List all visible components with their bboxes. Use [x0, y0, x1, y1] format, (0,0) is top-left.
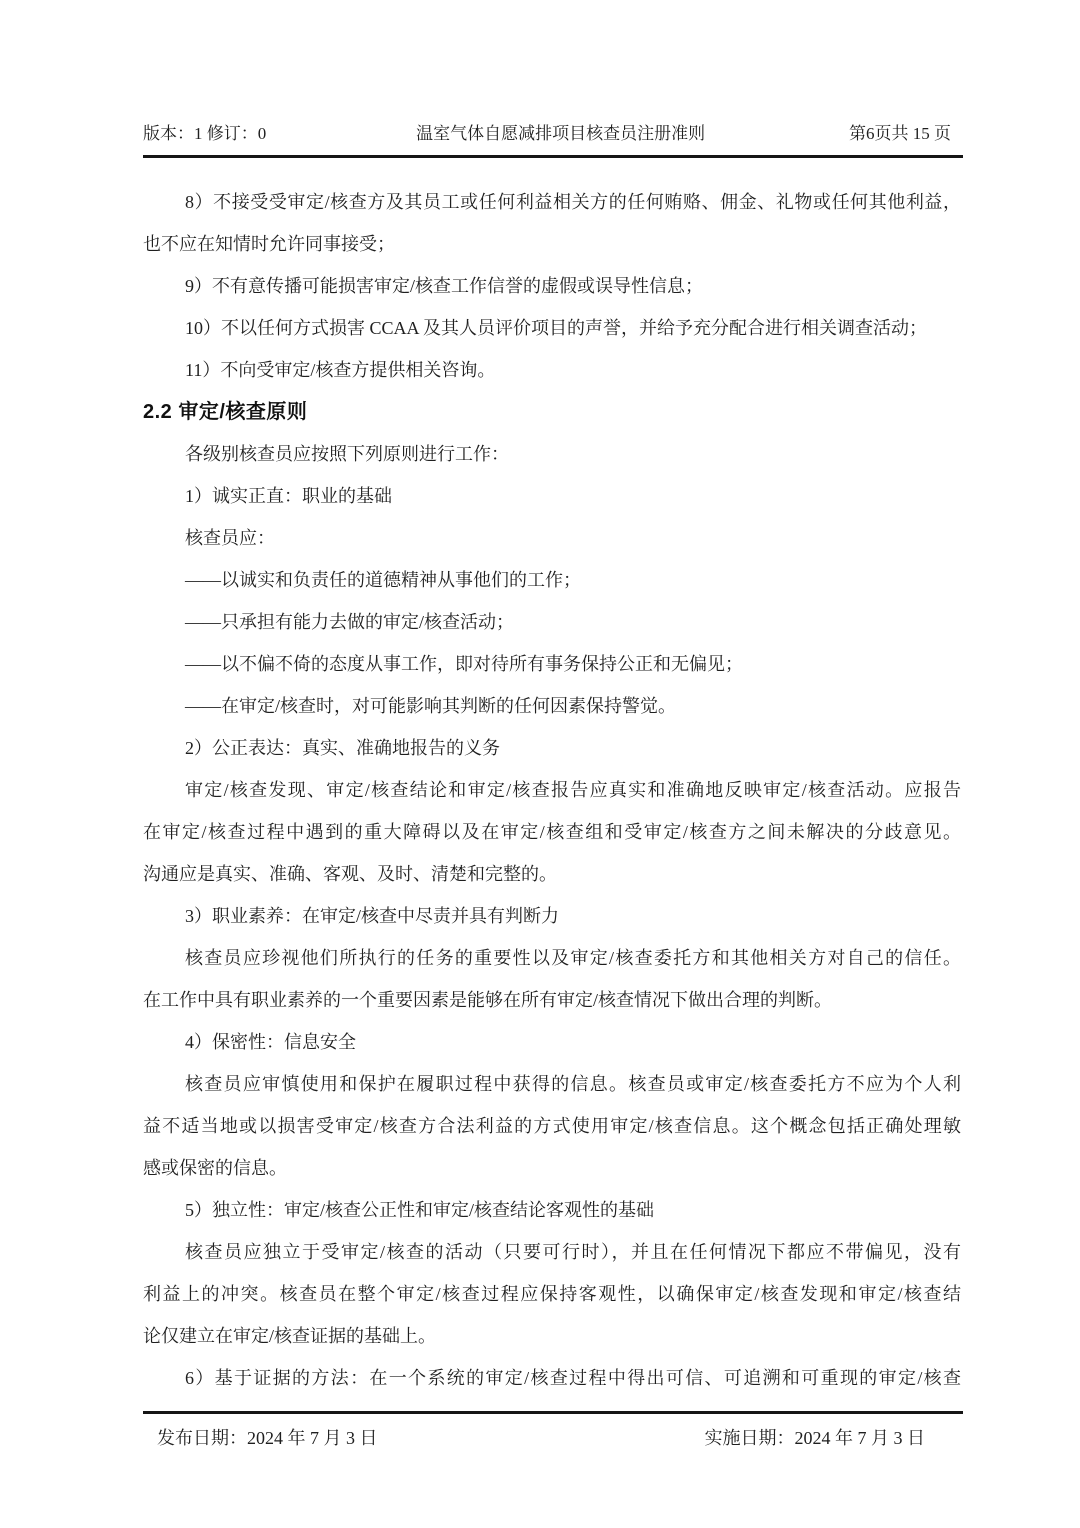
text-line: ——以诚实和负责任的道德精神从事他们的工作；	[143, 559, 961, 601]
text-line: 3）职业素养：在审定/核查中尽责并具有判断力	[143, 895, 961, 937]
text-line: ——只承担有能力去做的审定/核查活动；	[143, 601, 961, 643]
footer-rule-line	[143, 1411, 963, 1414]
text-line: 沟通应是真实、准确、客观、及时、清楚和完整的。	[143, 853, 961, 895]
text-line: 5）独立性：审定/核查公正性和审定/核查结论客观性的基础	[143, 1189, 961, 1231]
text-line: 4）保密性：信息安全	[143, 1021, 961, 1063]
text-line: 核查员应审慎使用和保护在履职过程中获得的信息。核查员或审定/核查委托方不应为个人…	[143, 1063, 961, 1105]
header-document-title: 温室气体自愿减排项目核查员注册准则	[416, 121, 705, 147]
footer-publish-date: 发布日期：2024 年 7 月 3 日	[157, 1424, 378, 1452]
text-line: 审定/核查发现、审定/核查结论和审定/核查报告应真实和准确地反映审定/核查活动。…	[143, 769, 961, 811]
document-page: 版本：1 修订：0 温室气体自愿减排项目核查员注册准则 第6页共 15 页 8）…	[0, 0, 1080, 1528]
text-line: 也不应在知情时允许同事接受；	[143, 223, 961, 265]
text-line: 8）不接受受审定/核查方及其员工或任何利益相关方的任何贿赂、佣金、礼物或任何其他…	[143, 181, 961, 223]
text-line: 11）不向受审定/核查方提供相关咨询。	[143, 349, 961, 391]
text-line: ——在审定/核查时，对可能影响其判断的任何因素保持警觉。	[143, 685, 961, 727]
text-line: 感或保密的信息。	[143, 1147, 961, 1189]
text-line: 益不适当地或以损害受审定/核查方合法利益的方式使用审定/核查信息。这个概念包括正…	[143, 1105, 961, 1147]
text-line: 利益上的冲突。核查员在整个审定/核查过程应保持客观性，以确保审定/核查发现和审定…	[143, 1273, 961, 1315]
header-page-number: 第6页共 15 页	[849, 121, 951, 147]
page-footer: 发布日期：2024 年 7 月 3 日 实施日期：2024 年 7 月 3 日	[143, 1424, 961, 1452]
text-line: 1）诚实正直：职业的基础	[143, 475, 961, 517]
footer-implement-date: 实施日期：2024 年 7 月 3 日	[705, 1424, 926, 1452]
document-body: 8）不接受受审定/核查方及其员工或任何利益相关方的任何贿赂、佣金、礼物或任何其他…	[143, 181, 961, 1399]
text-line: 核查员应独立于受审定/核查的活动（只要可行时），并且在任何情况下都应不带偏见，没…	[143, 1231, 961, 1273]
text-line: 在审定/核查过程中遇到的重大障碍以及在审定/核查组和受审定/核查方之间未解决的分…	[143, 811, 961, 853]
page-header: 版本：1 修订：0 温室气体自愿减排项目核查员注册准则 第6页共 15 页	[143, 121, 961, 147]
text-line: 9）不有意传播可能损害审定/核查工作信誉的虚假或误导性信息；	[143, 265, 961, 307]
text-line: 10）不以任何方式损害 CCAA 及其人员评价项目的声誉，并给予充分配合进行相关…	[143, 307, 961, 349]
section-heading-2-2: 2.2 审定/核查原则	[143, 391, 961, 433]
text-line: 论仅建立在审定/核查证据的基础上。	[143, 1315, 961, 1357]
text-line: 2）公正表达：真实、准确地报告的义务	[143, 727, 961, 769]
text-line: 6）基于证据的方法：在一个系统的审定/核查过程中得出可信、可追溯和可重现的审定/…	[143, 1357, 961, 1399]
text-line: 核查员应珍视他们所执行的任务的重要性以及审定/核查委托方和其他相关方对自己的信任…	[143, 937, 961, 979]
text-line: ——以不偏不倚的态度从事工作，即对待所有事务保持公正和无偏见；	[143, 643, 961, 685]
text-line: 核查员应：	[143, 517, 961, 559]
header-version-revision: 版本：1 修订：0	[143, 121, 266, 147]
text-line: 在工作中具有职业素养的一个重要因素是能够在所有审定/核查情况下做出合理的判断。	[143, 979, 961, 1021]
text-line: 各级别核查员应按照下列原则进行工作：	[143, 433, 961, 475]
header-rule-line	[143, 155, 963, 158]
